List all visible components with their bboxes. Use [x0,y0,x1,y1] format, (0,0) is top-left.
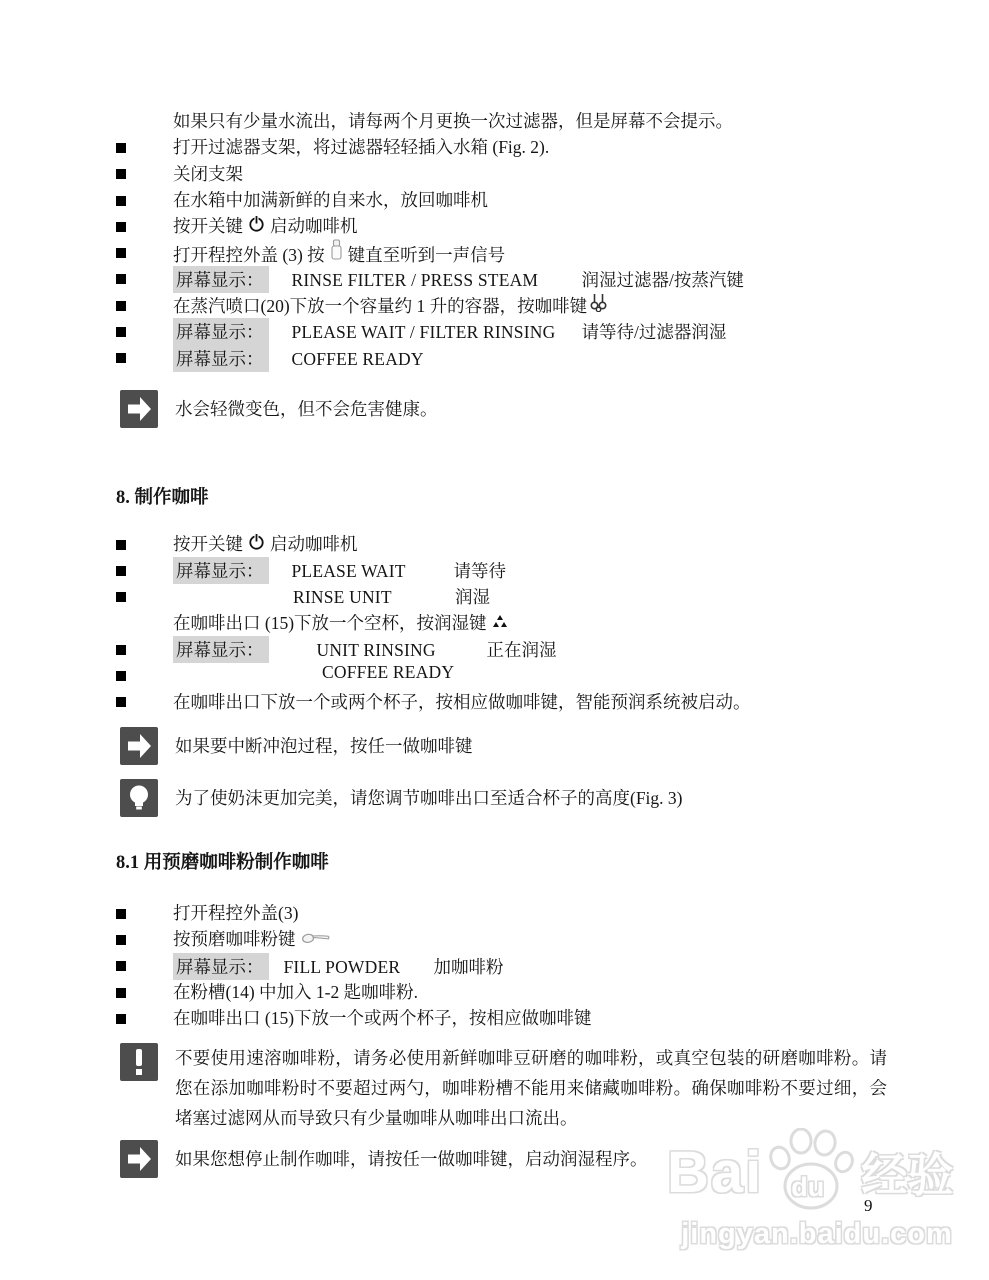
watermark-url: jingyan.baidu.com [667,1218,967,1251]
bullet-icon [116,592,126,602]
bullet-icon [116,909,126,919]
screen-display-label: 屏幕显示： [173,557,269,584]
lightbulb-icon [120,779,158,817]
display-text-zh: 加咖啡粉 [434,954,504,979]
note-text: 为了使奶沫更加完美，请您调节咖啡出口至适合杯子的高度(Fig. 3) [175,783,683,813]
list-item-text: 关闭支架 [173,161,243,186]
screen-display-row: 屏幕显示： RINSE FILTER / PRESS STEAM 润湿过滤器/按… [0,266,989,292]
spoon-icon [301,929,331,945]
baidu-jingyan-watermark: Bai du 经验 jingyan.baidu.com [667,1128,967,1251]
section-8-title: 8. 制作咖啡 [116,483,209,509]
display-text-en: COFFEE READY [292,349,424,370]
bullet-icon [116,274,126,284]
list-item: 打开过滤器支架，将过滤器轻轻插入水箱 (Fig. 2). [0,134,989,160]
list-item: 按开关键 启动咖啡机 [0,213,989,239]
arrow-right-icon [120,727,158,765]
screen-display-label: 屏幕显示： [173,953,269,980]
screen-display-row: RINSE UNIT 润湿 [0,584,989,610]
bullet-icon [116,671,126,681]
info-note: 如果要中断冲泡过程，按任一做咖啡键 [120,727,473,765]
list-item-text: 打开程控外盖 (3) 按 [173,242,325,267]
warning-note: 不要使用速溶咖啡粉，请务必使用新鲜咖啡豆研磨的咖啡粉，或真空包装的研磨咖啡粉。请… [120,1043,887,1133]
list-item-text: 在水箱中加满新鲜的自来水，放回咖啡机 [173,187,488,212]
intro-line: 如果只有少量水流出，请每两个月更换一次过滤器，但是屏幕不会提示。 [0,108,989,134]
filter-rinse-list: 如果只有少量水流出，请每两个月更换一次过滤器，但是屏幕不会提示。 打开过滤器支架… [0,108,989,371]
list-item: 按预磨咖啡粉键 [0,926,989,952]
list-item: 在咖啡出口下放一个或两个杯子，按相应做咖啡键，智能预润系统被启动。 [0,689,989,715]
list-item: 打开程控外盖(3) [0,900,989,926]
watermark-brand-cn: 经验 [861,1139,953,1205]
list-item: 在咖啡出口 (15)下放一个空杯，按润湿键 [0,610,989,636]
intro-text: 如果只有少量水流出，请每两个月更换一次过滤器，但是屏幕不会提示。 [173,108,733,133]
bullet-icon [116,143,126,153]
watermark-brand-left: Bai [667,1139,763,1206]
power-icon [248,533,265,550]
watermark-brand: Bai du 经验 [667,1128,967,1216]
bullet-icon [116,169,126,179]
display-text-zh: 请等待/过滤器润湿 [582,319,727,344]
display-text-zh: 正在润湿 [487,637,557,662]
list-item: 在咖啡出口 (15)下放一个或两个杯子，按相应做咖啡键 [0,1005,989,1031]
screen-display-label: 屏幕显示： [173,318,269,345]
make-coffee-list: 按开关键 启动咖啡机 屏幕显示： PLEASE WAIT 请等待 RINSE U… [0,531,989,715]
display-text-en: FILL POWDER [284,957,434,978]
list-item-text: 启动咖啡机 [270,531,358,556]
screen-display-label: 屏幕显示： [173,345,269,372]
bullet-icon [116,961,126,971]
preground-coffee-list: 打开程控外盖(3) 按预磨咖啡粉键 屏幕显示： FILL POWDER 加咖啡粉… [0,900,989,1031]
bullet-icon [116,222,126,232]
page-number: 9 [864,1196,873,1216]
list-item-text: 打开过滤器支架，将过滤器轻轻插入水箱 (Fig. 2). [173,134,549,159]
paw-print-icon: du [765,1128,857,1216]
list-item: 在蒸汽喷口(20)下放一个容量约 1 升的容器，按咖啡键 [0,292,989,318]
display-text-zh: 请等待 [454,558,507,583]
screen-display-row: COFFEE READY [0,662,989,688]
screen-display-label: 屏幕显示： [173,636,269,663]
list-item-text: 按预磨咖啡粉键 [173,926,296,951]
bullet-icon [116,248,126,258]
bullet-icon [116,301,126,311]
tip-note: 为了使奶沫更加完美，请您调节咖啡出口至适合杯子的高度(Fig. 3) [120,779,683,817]
bullet-icon [116,645,126,655]
asterism-icon [492,614,508,629]
section-8-1-title: 8.1 用预磨咖啡粉制作咖啡 [116,848,329,874]
list-item: 关闭支架 [0,161,989,187]
list-item-text: 在咖啡出口 (15)下放一个或两个杯子，按相应做咖啡键 [173,1005,592,1030]
screen-display-row: 屏幕显示： FILL POWDER 加咖啡粉 [0,953,989,979]
arrow-right-icon [120,1140,158,1178]
bullet-icon [116,697,126,707]
screen-display-label: 屏幕显示： [173,266,269,293]
bullet-icon [116,1014,126,1024]
info-note: 水会轻微变色，但不会危害健康。 [120,390,438,428]
screen-display-row: 屏幕显示： PLEASE WAIT / FILTER RINSING 请等待/过… [0,318,989,344]
display-text-zh: 润湿过滤器/按蒸汽键 [582,267,744,292]
list-item: 在粉槽(14) 中加入 1-2 匙咖啡粉. [0,979,989,1005]
bullet-icon [116,353,126,363]
display-text-en: COFFEE READY [322,662,454,683]
list-item-text: 打开程控外盖(3) [173,900,298,925]
bullet-icon [116,196,126,206]
filter-cartridge-icon [330,239,343,261]
bullet-icon [116,935,126,945]
double-cup-icon [589,292,608,312]
display-text-zh: 润湿 [455,584,490,609]
watermark-brand-paw-text: du [791,1172,824,1203]
info-note: 如果您想停止制作咖啡，请按任一做咖啡键，启动润湿程序。 [120,1140,648,1178]
bullet-icon [116,540,126,550]
warning-text: 不要使用速溶咖啡粉，请务必使用新鲜咖啡豆研磨的咖啡粉，或真空包装的研磨咖啡粉。请… [175,1043,887,1133]
list-item-text: 在蒸汽喷口(20)下放一个容量约 1 升的容器，按咖啡键 [173,293,587,318]
list-item: 在水箱中加满新鲜的自来水，放回咖啡机 [0,187,989,213]
bullet-icon [116,566,126,576]
exclamation-icon [120,1043,158,1081]
note-text: 如果您想停止制作咖啡，请按任一做咖啡键，启动润湿程序。 [175,1144,648,1174]
note-text: 水会轻微变色，但不会危害健康。 [175,394,438,424]
list-item: 按开关键 启动咖啡机 [0,531,989,557]
list-item-text: 按开关键 [173,531,243,556]
note-text: 如果要中断冲泡过程，按任一做咖啡键 [175,731,473,761]
manual-page: 如果只有少量水流出，请每两个月更换一次过滤器，但是屏幕不会提示。 打开过滤器支架… [0,0,989,1280]
list-item-text: 在粉槽(14) 中加入 1-2 匙咖啡粉. [173,979,418,1004]
list-item-text: 启动咖啡机 [270,213,358,238]
display-text-en: PLEASE WAIT / FILTER RINSING [292,322,557,343]
arrow-right-icon [120,390,158,428]
power-icon [248,215,265,232]
display-text-en: UNIT RINSING [317,640,487,661]
screen-display-row: 屏幕显示： COFFEE READY [0,345,989,371]
screen-display-row: 屏幕显示： UNIT RINSING 正在润湿 [0,636,989,662]
bullet-icon [116,327,126,337]
list-item-text: 在咖啡出口 (15)下放一个空杯，按润湿键 [173,610,487,635]
screen-display-row: 屏幕显示： PLEASE WAIT 请等待 [0,557,989,583]
bullet-icon [116,988,126,998]
display-text-en: RINSE FILTER / PRESS STEAM [292,270,557,291]
list-item-text: 在咖啡出口下放一个或两个杯子，按相应做咖啡键，智能预润系统被启动。 [173,689,751,714]
display-text-en: PLEASE WAIT [292,561,454,582]
list-item-text: 按开关键 [173,213,243,238]
list-item: 打开程控外盖 (3) 按 键直至听到一声信号 [0,239,989,265]
display-text-en: RINSE UNIT [293,587,455,608]
list-item-text: 键直至听到一声信号 [348,242,506,267]
